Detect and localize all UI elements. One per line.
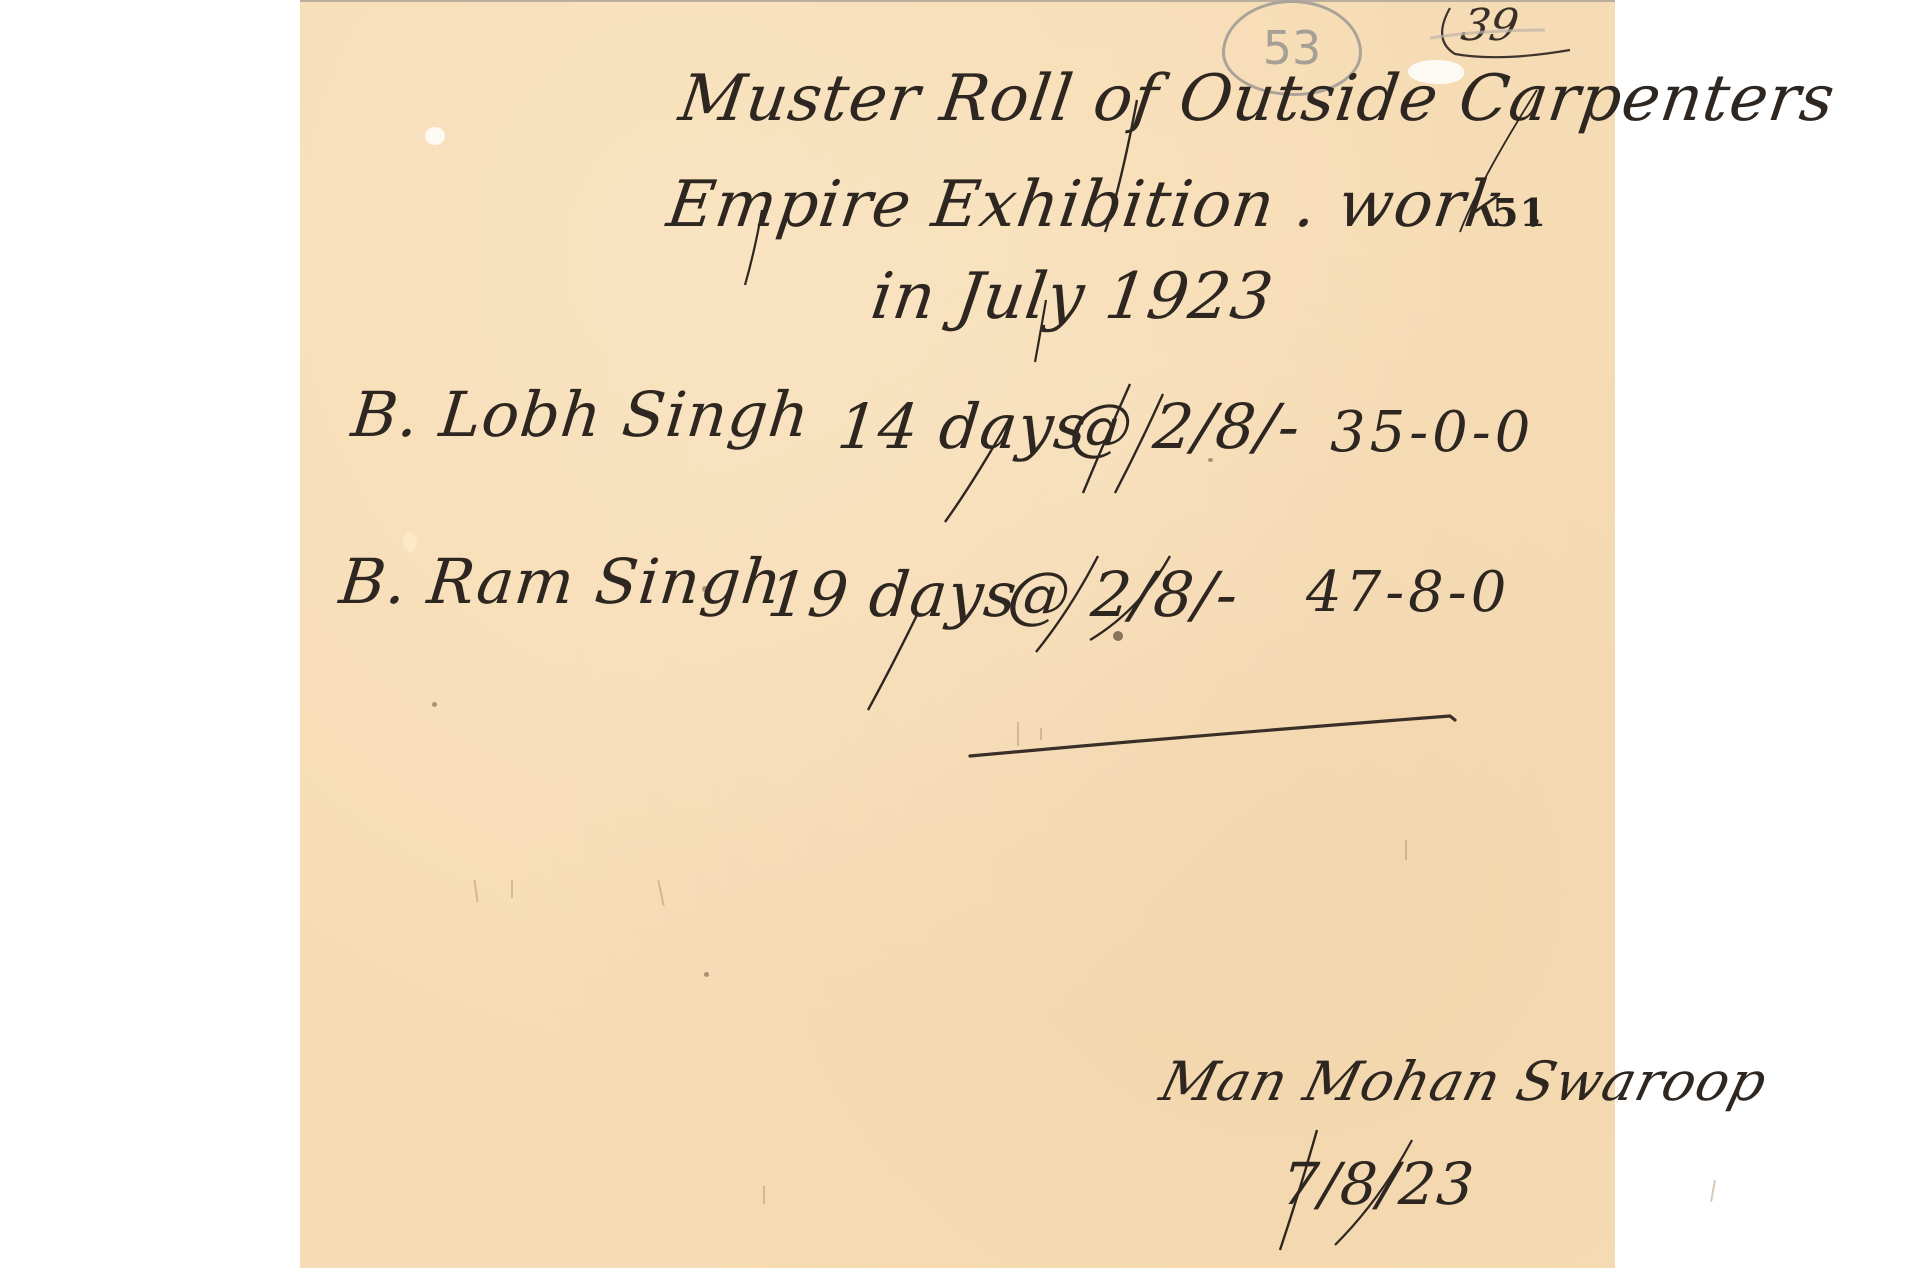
header-line-3: in July 1923 — [867, 260, 1278, 334]
paper-fiber — [1040, 728, 1042, 740]
paper-fiber — [1405, 840, 1407, 860]
paper-fiber — [1017, 722, 1019, 746]
signature-date: 7/8/23 — [1280, 1150, 1477, 1218]
entry-row-1-days: 14 days — [834, 390, 1091, 463]
entry-row-2-amount: 47-8-0 — [1306, 560, 1510, 625]
paper-fiber — [511, 880, 513, 898]
entry-row-2-name: B. Ram Singh — [336, 545, 786, 618]
header-line-2: Empire Exhibition . work . — [663, 168, 1553, 242]
folio-number-text: 39 — [1458, 0, 1523, 51]
punch-hole — [425, 127, 445, 145]
ink-speck — [1113, 631, 1123, 641]
entry-row-1-rate: @ 2/8/- — [1066, 390, 1304, 463]
entry-row-1-amount: 35-0-0 — [1330, 400, 1534, 465]
header-line-1: Muster Roll of Outside Carpenters — [675, 62, 1840, 136]
paper-fiber — [1710, 1180, 1716, 1202]
entry-row-1-name: B. Lobh Singh — [348, 378, 813, 451]
stamped-number: 51 — [1492, 190, 1547, 235]
ink-speck — [704, 972, 709, 977]
entry-row-2-days: 19 days — [764, 558, 1021, 631]
signature: Man Mohan Swaroop — [1154, 1050, 1774, 1113]
folio-number: 39 — [1458, 0, 1523, 51]
paper-fiber — [763, 1186, 765, 1204]
entry-row-2-rate: @ 2/8/- — [1004, 558, 1242, 631]
ink-speck — [432, 702, 437, 707]
